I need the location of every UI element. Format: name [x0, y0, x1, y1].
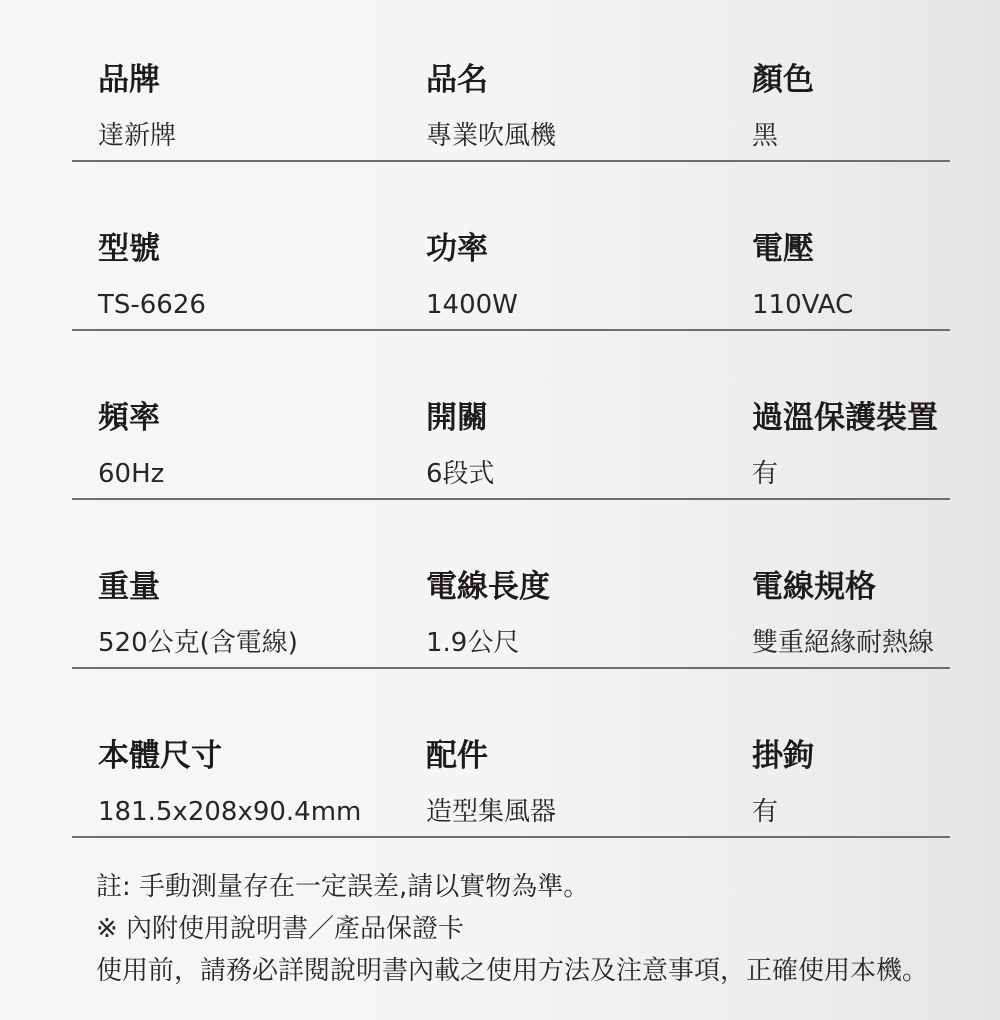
- spec-value: 達新牌: [98, 118, 176, 154]
- spec-row-5: 本體尺寸 181.5x208x90.4mm 配件 造型集風器 掛鉤 有: [72, 736, 950, 838]
- spec-label: 過溫保護裝置: [752, 398, 938, 438]
- spec-value: TS-6626: [98, 287, 206, 323]
- spec-value: 專業吹風機: [426, 118, 556, 154]
- spec-power: 功率 1400W: [426, 229, 518, 323]
- spec-value: 110VAC: [752, 287, 853, 323]
- spec-label: 開關: [426, 398, 495, 438]
- spec-label: 品名: [426, 60, 556, 100]
- spec-model: 型號 TS-6626: [98, 229, 206, 323]
- spec-value: 1.9公尺: [426, 625, 550, 661]
- spec-label: 型號: [98, 229, 206, 269]
- spec-dimensions: 本體尺寸 181.5x208x90.4mm: [98, 736, 361, 830]
- spec-value: 520公克(含電線): [98, 625, 298, 661]
- spec-value: 黑: [752, 118, 814, 154]
- spec-label: 掛鉤: [752, 736, 814, 776]
- spec-label: 電線長度: [426, 567, 550, 607]
- note-usage-warning: 使用前，請務必詳閱說明書內載之使用方法及注意事項，正確使用本機。: [96, 950, 976, 992]
- notes-section: 註: 手動測量存在一定誤差,請以實物為準。 ※ 內附使用說明書／產品保證卡 使用…: [96, 866, 976, 992]
- spec-label: 重量: [98, 567, 298, 607]
- spec-table: 品牌 達新牌 品名 專業吹風機 顏色 黑 型號 TS-6626 功率 1400W…: [72, 60, 950, 905]
- spec-label: 品牌: [98, 60, 176, 100]
- spec-hook: 掛鉤 有: [752, 736, 814, 830]
- spec-product-name: 品名 專業吹風機: [426, 60, 556, 154]
- spec-switch: 開關 6段式: [426, 398, 495, 492]
- spec-value: 有: [752, 794, 814, 830]
- spec-value: 181.5x208x90.4mm: [98, 794, 361, 830]
- spec-label: 配件: [426, 736, 556, 776]
- note-measurement-disclaimer: 註: 手動測量存在一定誤差,請以實物為準。: [96, 866, 976, 908]
- spec-color: 顏色 黑: [752, 60, 814, 154]
- spec-label: 電壓: [752, 229, 853, 269]
- spec-accessories: 配件 造型集風器: [426, 736, 556, 830]
- spec-weight: 重量 520公克(含電線): [98, 567, 298, 661]
- spec-voltage: 電壓 110VAC: [752, 229, 853, 323]
- spec-overheat-protection: 過溫保護裝置 有: [752, 398, 938, 492]
- spec-cord-length: 電線長度 1.9公尺: [426, 567, 550, 661]
- spec-frequency: 頻率 60Hz: [98, 398, 164, 492]
- spec-cord-type: 電線規格 雙重絕緣耐熱線: [752, 567, 934, 661]
- spec-row-1: 品牌 達新牌 品名 專業吹風機 顏色 黑: [72, 60, 950, 162]
- spec-row-3: 頻率 60Hz 開關 6段式 過溫保護裝置 有: [72, 398, 950, 500]
- spec-label: 功率: [426, 229, 518, 269]
- spec-value: 造型集風器: [426, 794, 556, 830]
- spec-value: 1400W: [426, 287, 518, 323]
- spec-row-4: 重量 520公克(含電線) 電線長度 1.9公尺 電線規格 雙重絕緣耐熱線: [72, 567, 950, 669]
- spec-row-2: 型號 TS-6626 功率 1400W 電壓 110VAC: [72, 229, 950, 331]
- spec-label: 電線規格: [752, 567, 934, 607]
- spec-value: 有: [752, 456, 938, 492]
- spec-label: 頻率: [98, 398, 164, 438]
- spec-label: 顏色: [752, 60, 814, 100]
- spec-label: 本體尺寸: [98, 736, 361, 776]
- spec-value: 雙重絕緣耐熱線: [752, 625, 934, 661]
- spec-brand: 品牌 達新牌: [98, 60, 176, 154]
- spec-value: 60Hz: [98, 456, 164, 492]
- note-included-documents: ※ 內附使用說明書／產品保證卡: [96, 908, 976, 950]
- spec-value: 6段式: [426, 456, 495, 492]
